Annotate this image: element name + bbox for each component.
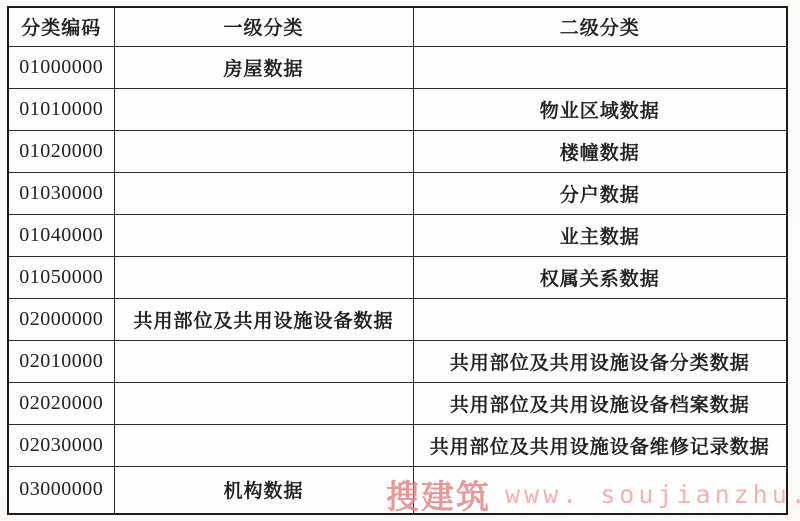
table-header-row: 分类编码 一级分类 二级分类 [8, 7, 787, 46]
level1-cell: 机构数据 [114, 466, 413, 514]
level2-cell: 楼幢数据 [413, 130, 787, 172]
table-row: 01030000分户数据 [8, 172, 787, 214]
level1-cell [114, 256, 413, 298]
level1-cell [114, 214, 413, 256]
table-row: 01010000物业区域数据 [8, 88, 787, 130]
code-cell: 01050000 [8, 256, 114, 298]
code-cell: 01030000 [8, 172, 114, 214]
table-row: 02030000共用部位及共用设施设备维修记录数据 [8, 424, 787, 466]
level2-cell [413, 46, 787, 88]
code-cell: 01020000 [8, 130, 114, 172]
code-cell: 03000000 [8, 466, 114, 514]
table-row: 03000000机构数据 [8, 466, 787, 514]
level2-cell: 分户数据 [413, 172, 787, 214]
code-cell: 01000000 [8, 46, 114, 88]
classification-code-table: 分类编码 一级分类 二级分类 01000000房屋数据01010000物业区域数… [7, 6, 788, 515]
column-header-level2: 二级分类 [413, 7, 787, 46]
code-cell: 01010000 [8, 88, 114, 130]
level2-cell: 物业区域数据 [413, 88, 787, 130]
level1-cell: 房屋数据 [114, 46, 413, 88]
column-header-level1: 一级分类 [114, 7, 413, 46]
table-row: 02020000共用部位及共用设施设备档案数据 [8, 382, 787, 424]
code-cell: 02020000 [8, 382, 114, 424]
level1-cell [114, 424, 413, 466]
level2-cell [413, 466, 787, 514]
table-row: 01050000权属关系数据 [8, 256, 787, 298]
column-header-code: 分类编码 [8, 7, 114, 46]
code-cell: 02030000 [8, 424, 114, 466]
table-row: 01000000房屋数据 [8, 46, 787, 88]
code-cell: 01040000 [8, 214, 114, 256]
level2-cell: 共用部位及共用设施设备维修记录数据 [413, 424, 787, 466]
level1-cell [114, 172, 413, 214]
level2-cell: 共用部位及共用设施设备分类数据 [413, 340, 787, 382]
level2-cell [413, 298, 787, 340]
scanned-document-page: 分类编码 一级分类 二级分类 01000000房屋数据01010000物业区域数… [0, 0, 800, 521]
table-row: 01040000业主数据 [8, 214, 787, 256]
level1-cell [114, 88, 413, 130]
table-row: 02000000共用部位及共用设施设备数据 [8, 298, 787, 340]
table-row: 02010000共用部位及共用设施设备分类数据 [8, 340, 787, 382]
level2-cell: 业主数据 [413, 214, 787, 256]
level1-cell [114, 130, 413, 172]
level1-cell [114, 340, 413, 382]
level2-cell: 权属关系数据 [413, 256, 787, 298]
level1-cell: 共用部位及共用设施设备数据 [114, 298, 413, 340]
code-cell: 02010000 [8, 340, 114, 382]
level2-cell: 共用部位及共用设施设备档案数据 [413, 382, 787, 424]
table-row: 01020000楼幢数据 [8, 130, 787, 172]
level1-cell [114, 382, 413, 424]
code-cell: 02000000 [8, 298, 114, 340]
